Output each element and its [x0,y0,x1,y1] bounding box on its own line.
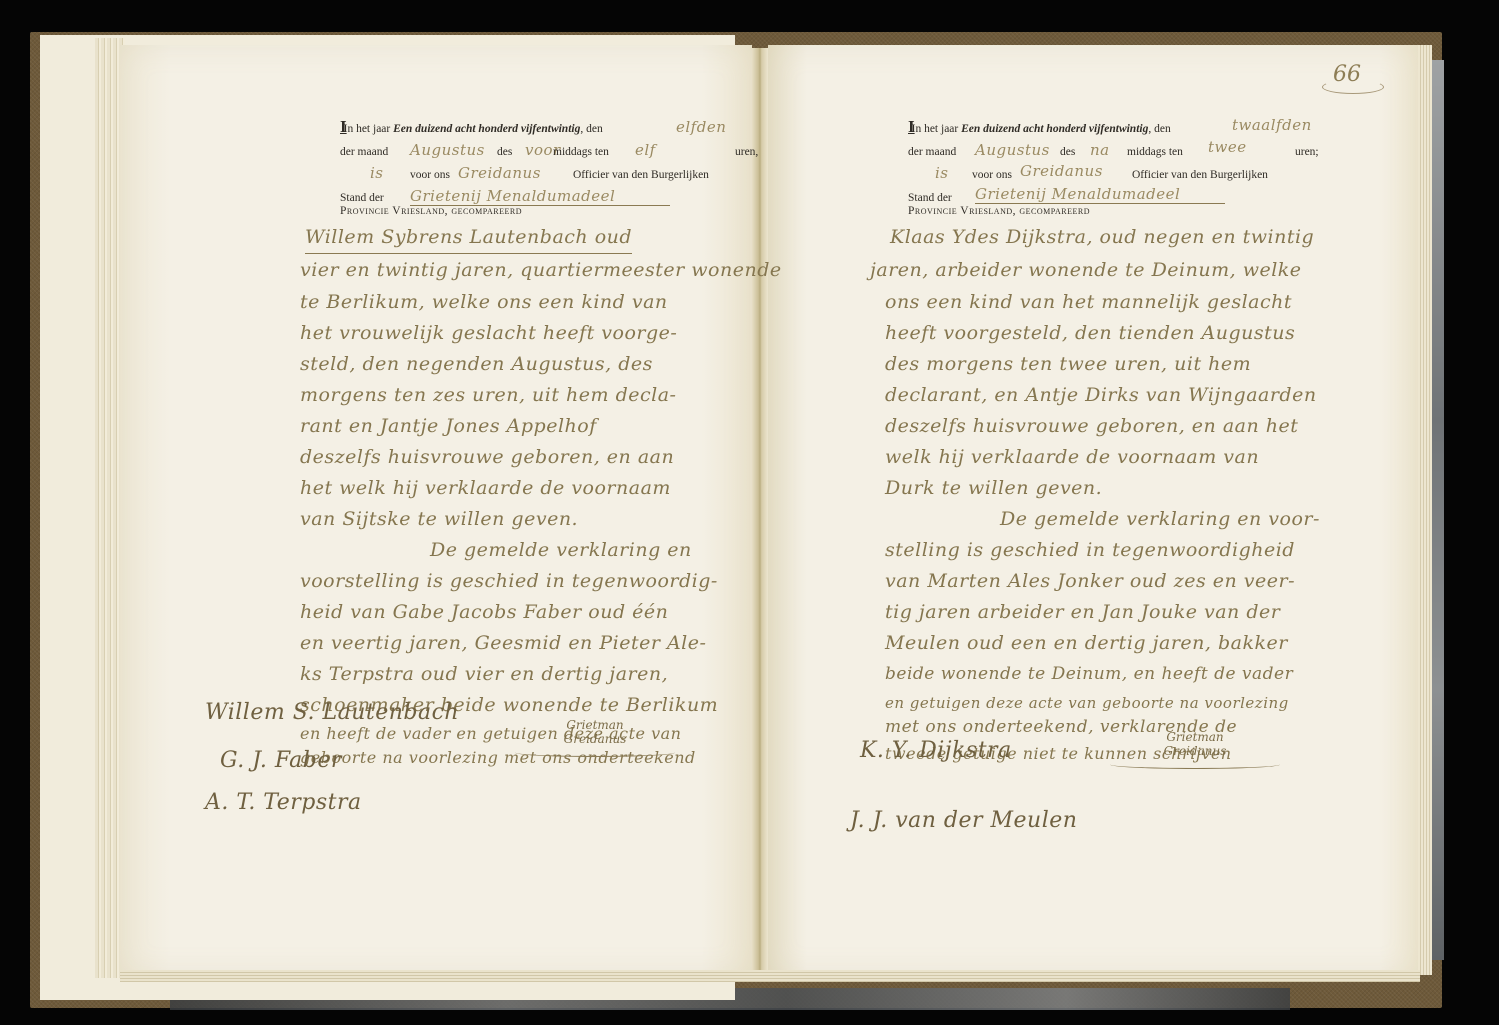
official-title: Grietman [1166,730,1223,744]
left-body-line: heid van Gabe Jacobs Faber oud één [300,597,668,628]
printed-text: des [1060,141,1075,165]
printed-text: middags ten [1127,141,1183,165]
right-body-line: ons een kind van het mannelijk geslacht [885,287,1292,318]
page-stack-bottom [120,970,1420,982]
right-body-line: welk hij verklaarde de voornaam van [885,442,1259,473]
right-fill-hour: twee [1208,138,1247,156]
right-fill-prefix: is [935,164,949,182]
official-signature-right: Grietman Greidanus [1110,730,1280,769]
signature-witness-1: G. J. Faber [220,748,342,773]
signature-flourish [515,748,675,757]
printed-text: In het jaar [344,123,391,135]
right-body-line: heeft voorgesteld, den tienden Augustus [885,318,1295,349]
signature-father: K. Y. Dijkstra [860,738,1012,763]
left-printed-line-2: der maand [340,141,388,165]
printed-text: Officier van den Burgerlijken [1132,164,1268,188]
marbled-edge-right [1432,60,1444,960]
left-body-line: het welk hij verklaarde de voornaam [300,473,671,504]
right-body-line: jaren, arbeider wonende te Deinum, welke [870,255,1302,286]
printed-text: voor ons [410,164,450,188]
right-fill-part-of-day: na [1090,141,1110,159]
left-body-line: het vrouwelijk geslacht heeft voorge- [300,318,677,349]
printed-text: voor ons [972,164,1012,188]
right-body-line: van Marten Ales Jonker oud zes en veer- [885,566,1295,597]
right-page-stack [1418,45,1432,975]
official-signature-left: Grietman Greidanus [515,718,675,757]
right-body-line: beide wonende te Deinum, en heeft de vad… [885,659,1293,690]
printed-text: uren; [1295,141,1319,165]
printed-text: Officier van den Burgerlijken [573,164,709,188]
right-fill-month: Augustus [975,141,1050,159]
right-printed-province: Provincie Vriesland, gecompareerd [908,200,1090,224]
left-fill-officer: Greidanus [458,164,541,182]
right-body-line: des morgens ten twee uren, uit hem [885,349,1251,380]
left-printed-province: Provincie Vriesland, gecompareerd [340,200,522,224]
left-fill-prefix: is [370,164,384,182]
right-body-line: Klaas Ydes Dijkstra, oud negen en twinti… [890,222,1314,253]
left-body-line: morgens ten zes uren, uit hem decla- [300,380,676,411]
left-body-line: steld, den negenden Augustus, des [300,349,653,380]
signature-witness-2: A. T. Terpstra [205,790,362,815]
printed-text: In het jaar [912,123,959,135]
right-body-line: deszelfs huisvrouwe geboren, en aan het [885,411,1298,442]
left-body-line: rant en Jantje Jones Appelhof [300,411,597,442]
signature-witness: J. J. van der Meulen [850,808,1077,833]
left-body-line: deszelfs huisvrouwe geboren, en aan [300,442,674,473]
left-fill-day: elfden [676,118,726,136]
right-body-line: stelling is geschied in tegenwoordigheid [885,535,1295,566]
left-body-line: ks Terpstra oud vier en dertig jaren, [300,659,668,690]
left-body-line: De gemelde verklaring en [430,535,692,566]
printed-text: der maand [908,141,956,165]
right-fill-officer: Greidanus [1020,162,1103,180]
right-fill-day: twaalfden [1232,116,1312,134]
printed-text: , den [1148,123,1170,135]
printed-text: uren, [735,141,758,165]
left-body-line: en veertig jaren, Geesmid en Pieter Ale- [300,628,706,659]
left-body-line: voorstelling is geschied in tegenwoordig… [300,566,718,597]
right-body-line: tig jaren arbeider en Jan Jouke van der [885,597,1280,628]
left-body-line: van Sijtske te willen geven. [300,504,578,535]
left-body-line: Willem Sybrens Lautenbach oud [305,222,632,254]
printed-text: des [497,141,512,165]
printed-year: Een duizend acht honderd vijfentwintig [393,123,580,135]
book-gutter [752,48,768,976]
printed-text: middags ten [553,141,609,165]
left-body-line: vier en twintig jaren, quartiermeester w… [300,255,782,286]
left-body-line: te Berlikum, welke ons een kind van [300,287,668,318]
page-number-flourish [1322,80,1384,94]
official-name: Greidanus [564,732,627,746]
right-body-line: declarant, en Antje Dirks van Wijngaarde… [885,380,1317,411]
right-body-line: Durk te willen geven. [885,473,1102,504]
official-title: Grietman [566,718,623,732]
printed-year: Een duizend acht honderd vijfentwintig [961,123,1148,135]
left-fill-hour: elf [635,141,656,159]
right-body-line: Meulen oud een en dertig jaren, bakker [885,628,1288,659]
official-name: Greidanus [1164,744,1227,758]
left-fill-month: Augustus [410,141,485,159]
signature-flourish [1110,760,1280,769]
left-printed-line-1: IIn het jaar Een duizend acht honderd vi… [340,115,603,142]
right-printed-line-1: IIn het jaar Een duizend acht honderd vi… [908,115,1171,142]
printed-text: , den [580,123,602,135]
right-body-line: De gemelde verklaring en voor- [1000,504,1320,535]
signature-father: Willem S. Lautenbach [205,700,459,725]
printed-text: der maand [340,146,388,158]
